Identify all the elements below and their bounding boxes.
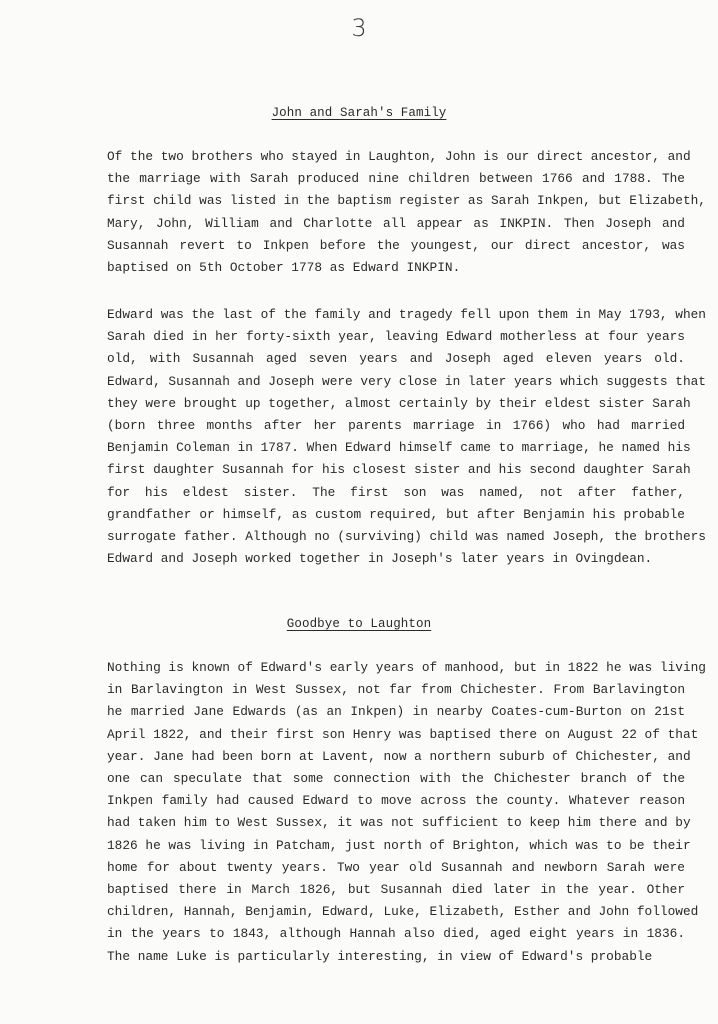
text-line: for his eldest sister. The first son was… [107, 482, 685, 504]
text-line: he married Jane Edwards (as an Inkpen) i… [107, 701, 685, 723]
paragraph: Of the two brothers who stayed in Laught… [107, 146, 685, 279]
text-line: (born three months after her parents mar… [107, 415, 685, 437]
text-line: 1826 he was living in Patcham, just nort… [107, 835, 685, 857]
section-heading-text: John and Sarah's Family [272, 106, 447, 120]
text-line: home for about twenty years. Two year ol… [107, 857, 685, 879]
text-line: baptised on 5th October 1778 as Edward I… [107, 257, 685, 279]
text-line: Edward and Joseph worked together in Jos… [107, 548, 685, 570]
text-line: Inkpen family had caused Edward to move … [107, 790, 685, 812]
text-line: baptised there in March 1826, but Susann… [107, 879, 685, 901]
text-line: first child was listed in the baptism re… [107, 190, 685, 212]
section-heading: Goodbye to Laughton [0, 617, 718, 631]
text-line: The name Luke is particularly interestin… [107, 946, 685, 968]
section-heading: John and Sarah's Family [0, 106, 718, 120]
text-line: Of the two brothers who stayed in Laught… [107, 146, 685, 168]
text-line: year. Jane had been born at Lavent, now … [107, 746, 685, 768]
section-heading-text: Goodbye to Laughton [287, 617, 431, 631]
text-line: Edward was the last of the family and tr… [107, 304, 685, 326]
text-line: surrogate father. Although no (surviving… [107, 526, 685, 548]
paragraph: Edward was the last of the family and tr… [107, 304, 685, 570]
text-line: Susannah revert to Inkpen before the you… [107, 235, 685, 257]
text-line: grandfather or himself, as custom requir… [107, 504, 685, 526]
text-line: Benjamin Coleman in 1787. When Edward hi… [107, 437, 685, 459]
text-line: Sarah died in her forty-sixth year, leav… [107, 326, 685, 348]
text-line: first daughter Susannah for his closest … [107, 459, 685, 481]
text-line: children, Hannah, Benjamin, Edward, Luke… [107, 901, 685, 923]
text-line: in Barlavington in West Sussex, not far … [107, 679, 685, 701]
text-line: in the years to 1843, although Hannah al… [107, 923, 685, 945]
text-line: Edward, Susannah and Joseph were very cl… [107, 371, 685, 393]
text-line: they were brought up together, almost ce… [107, 393, 685, 415]
text-line: Nothing is known of Edward's early years… [107, 657, 685, 679]
text-line: had taken him to West Sussex, it was not… [107, 812, 685, 834]
text-line: the marriage with Sarah produced nine ch… [107, 168, 685, 190]
text-line: Mary, John, William and Charlotte all ap… [107, 213, 685, 235]
text-line: old, with Susannah aged seven years and … [107, 348, 685, 370]
text-line: April 1822, and their first son Henry wa… [107, 724, 685, 746]
paragraph: Nothing is known of Edward's early years… [107, 657, 685, 968]
text-line: one can speculate that some connection w… [107, 768, 685, 790]
page-number: 3 [0, 14, 718, 42]
